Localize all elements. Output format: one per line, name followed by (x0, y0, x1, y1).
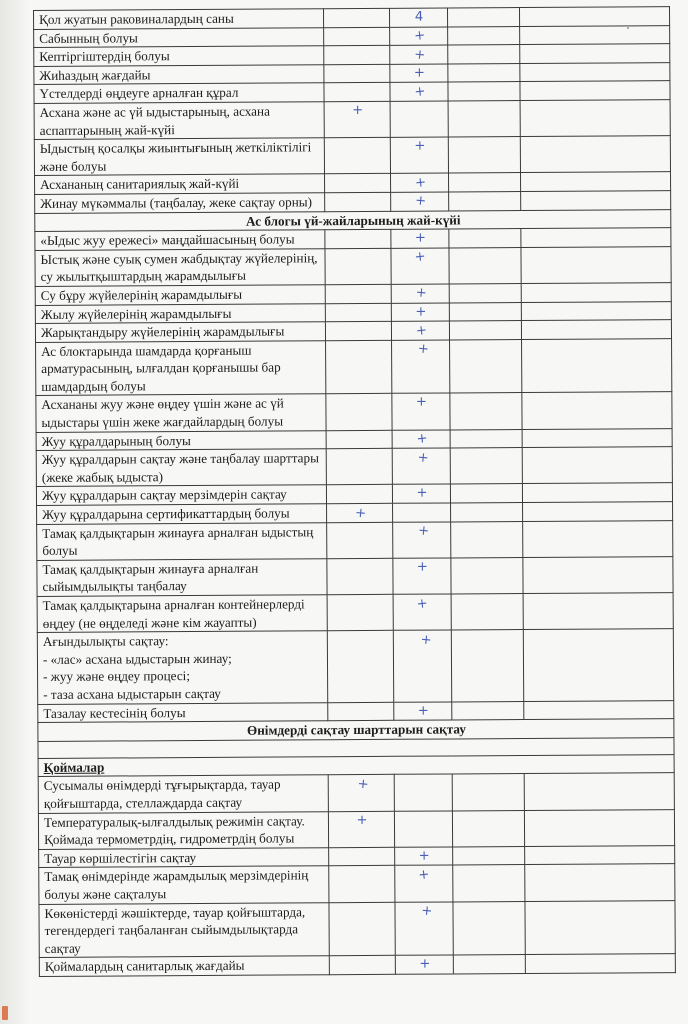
checklist-item-text: Жылу жүйелерінің жарамдылығы (35, 303, 325, 323)
checklist-item-text: Қоймалардың санитарлық жағдайы (39, 956, 329, 976)
mark-cell-col1: + (328, 811, 394, 848)
empty-cell-col4 (524, 700, 674, 720)
empty-cell-col4 (521, 191, 671, 211)
empty-cell-col3 (449, 302, 521, 321)
empty-cell-col3 (452, 774, 524, 811)
checklist-item-text: Үстелдерді өңдеуге арналған құрал (34, 83, 324, 103)
checklist-body: Қол жуатын раковиналардың саны4Сабынның … (34, 7, 676, 977)
mark-cell-col1 (326, 394, 392, 431)
checklist-item-text: Тамақ қалдықтарын жинауға арналған ыдыст… (37, 522, 327, 560)
checklist-item-text: Асхананы жуу және өңдеу үшін және ас үй … (36, 394, 326, 432)
checklist-item-text: Тамақ қалдықтарына арналған контейнерлер… (37, 595, 327, 633)
checklist-item-text: Жуу құралдарын сақтау және таңбалау шарт… (36, 449, 326, 487)
checklist-item-text: Жинау мүкәммалы (таңбалау, жеке сақтау о… (35, 193, 325, 213)
empty-cell-col3 (447, 8, 519, 27)
empty-cell-col4 (524, 809, 674, 846)
checklist-item-text: «Ыдыс жуу ережесі» маңдайшасының болуы (35, 230, 325, 250)
checklist-item-text: Жуу құралдарының болуы (36, 430, 326, 450)
empty-cell-col4 (523, 593, 673, 630)
checklist-item-text: Жарықтандыру жүйелерінің жарамдылығы (35, 322, 325, 342)
mark-cell-col2: + (390, 628, 455, 705)
checklist-row: Ыстық және суық сумен жабдықтау жүйелері… (35, 246, 671, 286)
mark-cell-col1 (327, 522, 393, 559)
empty-cell-col4 (522, 483, 672, 503)
checklist-item-text: Тамақ қалдықтарын жинауға арналған сыйым… (37, 559, 327, 597)
scan-speck (627, 27, 629, 29)
mark-cell-col1 (329, 866, 395, 903)
empty-cell-col4 (521, 172, 671, 192)
empty-cell-col3 (450, 484, 522, 503)
checklist-item-text: Ас блоктарында шамдарда қорғаныш арматур… (36, 340, 326, 396)
empty-cell-col3 (453, 901, 525, 955)
empty-cell-col3 (448, 26, 520, 45)
mark-cell-col1 (325, 284, 391, 303)
mark-cell-col1 (323, 8, 389, 27)
empty-cell-col4 (521, 283, 671, 303)
empty-cell-col4 (525, 954, 675, 974)
empty-cell-col3 (450, 393, 522, 430)
page-edge-mark (2, 1006, 8, 1020)
document-page: Қол жуатын раковиналардың саны4Сабынның … (0, 0, 688, 1024)
empty-cell-col4 (520, 81, 670, 101)
mark-cell-col1 (325, 248, 391, 285)
empty-cell-col3 (451, 557, 523, 594)
empty-cell-col3 (453, 865, 525, 902)
empty-cell-col3 (451, 630, 523, 702)
checklist-row: Тамақ қалдықтарын жинауға арналған ыдыст… (37, 520, 673, 560)
empty-cell-col4 (520, 136, 670, 173)
empty-cell-col4 (520, 62, 670, 82)
checklist-item-text: Ағындылықты сақтау: - «лас» асхана ыдыст… (37, 631, 327, 704)
empty-cell-col3 (451, 594, 523, 631)
empty-cell-col4 (522, 428, 672, 448)
checklist-row: Сусымалы өнімдерді тұғырықтарда, тауар қ… (38, 773, 674, 813)
empty-cell-col4 (523, 520, 673, 557)
empty-cell-col4 (521, 301, 671, 321)
empty-cell-col3 (449, 321, 521, 340)
empty-cell-col3 (449, 247, 521, 284)
checklist-item-text: Сабынның болуы (34, 27, 324, 47)
empty-cell-col4 (521, 246, 671, 283)
mark-cell-col2: + (392, 484, 450, 503)
checklist-item-text: Тазалау кестесінің болуы (38, 702, 328, 722)
empty-cell-col3 (448, 100, 520, 137)
empty-cell-col4 (519, 7, 669, 27)
empty-cell-col4 (523, 556, 673, 593)
empty-cell-col3 (449, 191, 521, 210)
mark-cell-col1 (329, 847, 395, 866)
inspection-checklist-table: Қол жуатын раковиналардың саны4Сабынның … (33, 6, 676, 977)
checklist-item-text: Сусымалы өнімдерді тұғырықтарда, тауар қ… (38, 775, 328, 813)
empty-cell-col4 (525, 845, 675, 865)
empty-cell-col3 (453, 955, 525, 974)
empty-cell-col3 (450, 339, 522, 393)
empty-cell-col3 (450, 448, 522, 485)
mark-cell-col2: + (393, 558, 451, 595)
mark-cell-col1 (326, 449, 392, 486)
mark-cell-col1 (325, 303, 391, 322)
empty-cell-col3 (451, 503, 523, 522)
checklist-row: Қоймалардың санитарлық жағдайы+ (39, 954, 675, 976)
mark-cell-col2: + (392, 393, 450, 430)
empty-cell-col3 (448, 137, 520, 174)
mark-cell-col1 (324, 137, 390, 174)
checklist-item-text: Ыдыстың қосалқы жиынтығының жеткіліктілі… (34, 138, 324, 176)
checklist-row: Тамақ қалдықтарын жинауға арналған сыйым… (37, 556, 673, 596)
mark-cell-col1: + (327, 772, 396, 815)
checklist-item-text: Температуралық-ылғалдылық режимін сақтау… (38, 811, 328, 849)
mark-cell-col1 (324, 27, 390, 46)
mark-cell-col1 (325, 321, 391, 340)
mark-cell-col1 (324, 83, 390, 102)
checklist-row: Температуралық-ылғалдылық режимін сақтау… (38, 809, 674, 849)
empty-cell-col3 (453, 846, 525, 865)
checklist-item-text: Жуу құралдарын сақтау мерзімдерін сақтау (36, 485, 326, 505)
mark-cell-col1 (329, 956, 395, 975)
mark-cell-col2 (390, 101, 448, 138)
mark-cell-col1 (324, 46, 390, 65)
mark-cell-col2: + (394, 702, 452, 721)
checklist-item-text: Ыстық және суық сумен жабдықтау жүйелері… (35, 248, 325, 286)
checklist-row: Ыдыстың қосалқы жиынтығының жеткіліктілі… (34, 136, 670, 176)
empty-cell-col3 (452, 810, 524, 847)
mark-cell-col1 (325, 192, 391, 211)
mark-cell-col1: + (324, 101, 390, 138)
checklist-item-text: Кептіргіштердің болуы (34, 46, 324, 66)
empty-cell-col4 (520, 100, 670, 137)
mark-cell-col1 (326, 340, 392, 394)
mark-cell-col2: + (389, 337, 452, 396)
empty-cell-col4 (524, 773, 674, 810)
checklist-item-text: Тауар көршілестігін сақтау (39, 847, 329, 867)
empty-cell-col3 (449, 283, 521, 302)
empty-cell-col4 (521, 228, 671, 248)
checklist-row: Көкөністерді жәшіктерде, тауар қойғыштар… (39, 900, 675, 958)
empty-cell-col4 (522, 338, 672, 393)
mark-cell-col2: + (391, 519, 452, 561)
mark-cell-col2: + (391, 591, 453, 633)
empty-cell-col3 (449, 173, 521, 192)
checklist-item-text: Асхананың санитариялық жай-күйі (35, 174, 325, 194)
mark-cell-col1 (325, 229, 391, 248)
mark-cell-col2: + (393, 899, 456, 958)
mark-cell-col2: + (391, 446, 452, 488)
empty-cell-col4 (522, 392, 672, 429)
empty-cell-col4 (521, 320, 671, 340)
mark-cell-col1 (328, 702, 394, 721)
mark-cell-col2: + (390, 137, 448, 174)
checklist-item-text: Жуу құралдарына сертификаттардың болуы (37, 504, 327, 524)
mark-cell-col2 (394, 774, 452, 811)
checklist-row: Тамақ қалдықтарына арналған контейнерлер… (37, 593, 673, 633)
empty-cell-col3 (448, 45, 520, 64)
empty-cell-col3 (448, 63, 520, 82)
checklist-row: Асхана және ас үй ыдыстарының, асхана ас… (34, 100, 670, 140)
checklist-row: Ағындылықты сақтау: - «лас» асхана ыдыст… (37, 629, 673, 704)
checklist-item-text: Қол жуатын раковиналардың саны (34, 9, 324, 29)
checklist-item-text: Су бұру жүйелерінің жарамдылығы (35, 285, 325, 305)
empty-cell-col4 (520, 44, 670, 64)
checklist-row: Тамақ өнімдерінде жарамдылық мерзімдерін… (39, 864, 675, 904)
checklist-row: Жуу құралдарын сақтау және таңбалау шарт… (36, 447, 672, 487)
mark-cell-col2 (394, 810, 452, 847)
checklist-item-text: Асхана және ас үй ыдыстарының, асхана ас… (34, 102, 324, 140)
empty-cell-col4 (525, 864, 675, 901)
checklist-item-text: Тамақ өнімдерінде жарамдылық мерзімдерін… (39, 866, 329, 904)
empty-cell-col4 (525, 900, 675, 955)
mark-cell-col1 (329, 902, 395, 956)
checklist-row: Асхананы жуу және өңдеу үшін және ас үй … (36, 392, 672, 432)
empty-cell-col3 (449, 229, 521, 248)
empty-cell-col4 (523, 502, 673, 522)
empty-cell-col3 (452, 701, 524, 720)
checklist-row: Ас блоктарында шамдарда қорғаныш арматур… (36, 338, 672, 396)
empty-cell-col4 (522, 447, 672, 484)
mark-cell-col1 (325, 174, 391, 193)
empty-cell-col3 (450, 429, 522, 448)
mark-cell-col1 (324, 64, 390, 83)
mark-cell-col1 (327, 558, 393, 595)
mark-cell-col1 (326, 430, 392, 449)
checklist-item-text: Жиһаздың жағдайы (34, 65, 324, 85)
empty-cell-col3 (451, 521, 523, 558)
mark-cell-col1 (327, 594, 393, 631)
mark-cell-col2: + (395, 955, 453, 974)
checklist-item-text: Көкөністерді жәшіктерде, тауар қойғыштар… (39, 902, 329, 958)
empty-cell-col3 (448, 82, 520, 101)
empty-cell-col4 (520, 25, 670, 45)
mark-cell-col1 (327, 630, 393, 702)
empty-cell-col4 (523, 629, 673, 701)
